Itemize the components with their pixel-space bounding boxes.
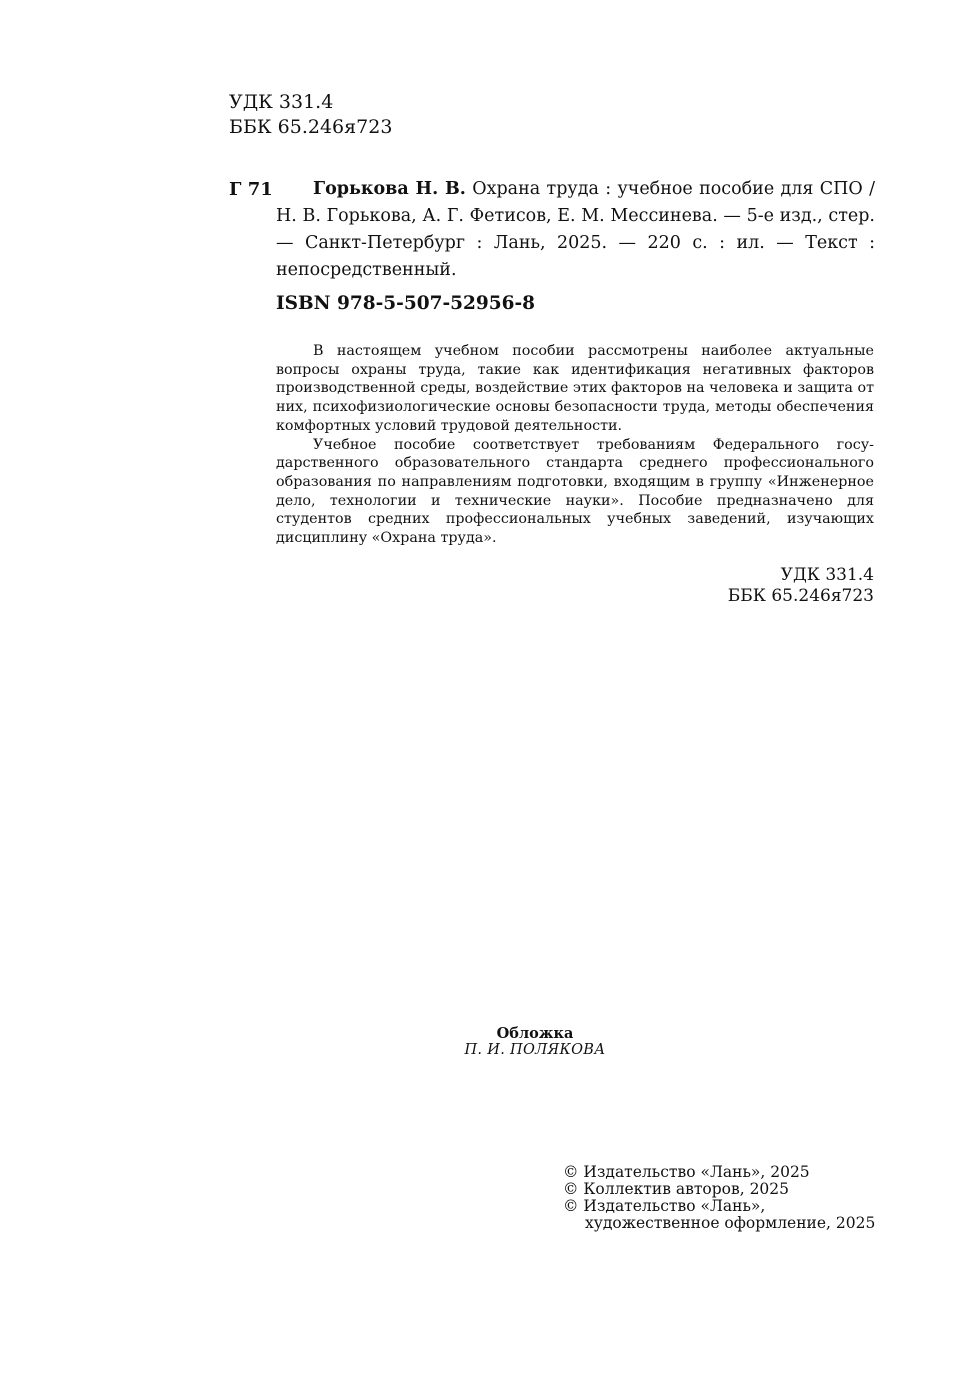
bibliographic-description-block: Горькова Н. В. Охрана труда : учебное по…: [276, 176, 875, 284]
classification-footer: УДК 331.4 ББК 65.246я723: [728, 565, 874, 607]
copyright-block: © Издательство «Лань», 2025 © Коллектив …: [563, 1164, 875, 1232]
bbk-code: ББК 65.246я723: [728, 586, 874, 607]
cover-artist: П. И. ПОЛЯКОВА: [400, 1042, 670, 1059]
annotation-paragraph: Учебное пособие соответствует требования…: [276, 436, 874, 548]
copyright-line: © Издательство «Лань», 2025: [563, 1164, 875, 1181]
isbn: ISBN 978-5-507-52956-8: [276, 293, 535, 314]
cover-label: Обложка: [400, 1025, 670, 1042]
copyright-line: © Коллектив авторов, 2025: [563, 1181, 875, 1198]
bbk-code: ББК 65.246я723: [229, 115, 392, 140]
udk-code: УДК 331.4: [229, 90, 392, 115]
annotation-paragraph: В настоящем учебном пособии рассмотрены …: [276, 342, 874, 436]
author-name: Горькова Н. В.: [313, 179, 466, 199]
copyright-line: © Издательство «Лань»,: [563, 1198, 875, 1215]
annotation: В настоящем учебном пособии рассмотрены …: [276, 342, 874, 548]
classification-header: УДК 331.4 ББК 65.246я723: [229, 90, 392, 140]
bibliographic-entry: Г 71 Горькова Н. В. Охрана труда : учебн…: [229, 176, 875, 284]
author-mark: Г 71: [229, 176, 273, 203]
copyright-line-continuation: художественное оформление, 2025: [563, 1215, 875, 1232]
cover-credit: Обложка П. И. ПОЛЯКОВА: [400, 1025, 670, 1059]
udk-code: УДК 331.4: [728, 565, 874, 586]
